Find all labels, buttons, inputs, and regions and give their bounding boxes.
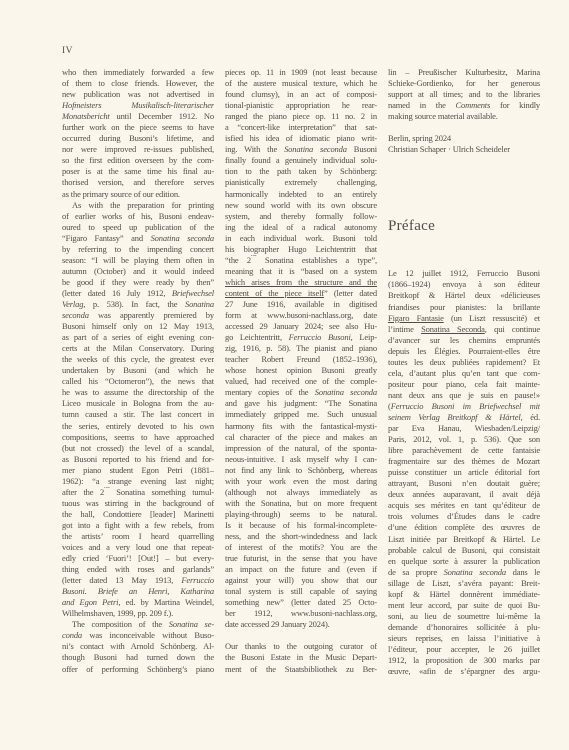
text-line: The composition of the Sonatina se- (62, 619, 214, 630)
text-line: conda was inconceivable without Buso- (62, 630, 214, 641)
text-line: depuis les Élégies. Pourraient-elles êtr… (388, 346, 540, 357)
text-line: œuvre, «afin de s’épargner des argu- (388, 666, 540, 677)
text-line: Schieke-Gordienko, for her generous (388, 78, 540, 89)
page-number: IV (62, 46, 73, 56)
text-line: Liszt initiée par Breitkopf & Härtel. Le (388, 534, 540, 545)
text-line: Hofmeisters Musikalisch-literarischer (62, 100, 214, 111)
text-column-right: lin – Preußischer Kulturbesitz, MarinaSc… (388, 67, 540, 677)
text-line: of earlier works of his, Busoni endeav- (62, 211, 214, 222)
text-line: (1866–1924) envoya à son éditeur (388, 279, 540, 290)
text-line: autumn (October) and it would indeed (62, 266, 214, 277)
text-line: and Egon Petri, ed. by Martina Weindel, (62, 597, 214, 608)
text-line: making source material available. (388, 111, 540, 122)
text-line: ment leur accord, par suite de quoi Bu- (388, 600, 540, 611)
text-line: offer of performing Schönberg’s piano (62, 664, 214, 675)
text-line: certs at the Milan Conservatory. During (62, 343, 214, 354)
text-line: As with the preparation for printing (62, 200, 214, 211)
text-column-left: who then immediately forwarded a fewof t… (62, 67, 214, 675)
text-line: cal character of the piece and makes an (225, 432, 377, 443)
text-line: who then immediately forwarded a few (62, 67, 214, 78)
text-line: (but not crossed) the level of a scandal… (62, 443, 214, 454)
text-line: pieces op. 11 in 1909 (not least because (225, 67, 377, 78)
text-line: named in the Comments for kindly (388, 100, 540, 111)
text-line: voices and a very loud one that repeat- (62, 542, 214, 553)
text-line: 1912, la proposition de 300 marks par (388, 655, 540, 666)
text-line: (letter dated 13 May 1913, Ferruccio (62, 575, 214, 586)
text-line: 27 June 1916, available in digitised (225, 299, 377, 310)
text-line: he was to assume the directorship of the (62, 387, 214, 398)
text-line: tional-pianistic appropriation he rear- (225, 100, 377, 111)
text-line: ranged the piano piece op. 11 no. 2 in (225, 111, 377, 122)
text-line: (letter dated 16 July 1912, Briefwechsel (62, 288, 214, 299)
preface-heading: Préface (388, 217, 540, 235)
text-line: fragmentaire sur des thèmes de Mozart (388, 456, 540, 467)
text-line: the artists’ room I heard quarrelling (62, 531, 214, 542)
text-line: (although not always immediately as (225, 487, 377, 498)
text-line: libre parachèvement de cette fantaisie (388, 445, 540, 456)
text-line: as part of a series of eight evening con… (62, 332, 214, 343)
text-line: whose honest opinion Busoni greatly (225, 365, 377, 376)
text-line: so the first edition overseen by the com… (62, 155, 214, 166)
text-line: undertaken by Busoni (and which he (62, 365, 214, 376)
text-line: “Figaro Fantasy” and Sonatina seconda (62, 233, 214, 244)
text-line: soni, au lieu de soumettre lui-même la (388, 611, 540, 622)
text-line: got into a fight with a few rebels, from (62, 520, 214, 531)
text-line: the series, entirely devoted to his own (62, 421, 214, 432)
text-line: Is it because of his formal-incomplete- (225, 520, 377, 531)
text-line: harmony fits with the fantastical-mysti- (225, 421, 377, 432)
text-line: toutes les deux publiées rapidement? Et (388, 357, 540, 368)
text-line: Christian Schaper · Ulrich Scheideler (388, 144, 540, 155)
text-line: immediately gripped me. Such unusual (225, 409, 377, 420)
text-line: the hall, Condottiere [leader] Marinetti (62, 509, 214, 520)
text-line: with the Sonatina, but on more frequent (225, 498, 377, 509)
text-line: Verlag, p. 538). In fact, the Sonatina (62, 299, 214, 310)
text-column-middle: pieces op. 11 in 1909 (not least because… (225, 67, 377, 675)
text-line: system, and thereby formally follow- (225, 211, 377, 222)
text-line: lin – Preußischer Kulturbesitz, Marina (388, 67, 540, 78)
text-line: date accessed 29 January 2024). (225, 619, 377, 630)
text-line: thing ended with roses and garlands” (62, 564, 214, 575)
text-line: ness, and the short-windedness and lack (225, 531, 377, 542)
text-line: after the 2nd Sonatina something tumul- (62, 487, 214, 498)
text-line: attrayant, Busoni n’en doutait guère; (388, 478, 540, 489)
text-line: seconda was apparently premiered by (62, 310, 214, 321)
blank-line (225, 630, 377, 641)
text-line: friandises pour pianistes: la brillante (388, 302, 540, 313)
text-line: content of the piece itself” (letter dat… (225, 288, 377, 299)
text-line: tumn caused a stir. The last concert in (62, 409, 214, 420)
text-line: tonal system is still capable of saying (225, 586, 377, 597)
text-line: mer piano student Egon Petri (1881– (62, 465, 214, 476)
text-line: go Leichtentritt, Ferruccio Busoni, Leip… (225, 332, 377, 343)
text-line: l’intime Sonatina Seconda, qui continue (388, 324, 540, 335)
text-line: ber 1912, www.busoni-nachlass.org, (225, 608, 377, 619)
text-line: and gave his judgment: “The Sonatina (225, 398, 377, 409)
text-line: nant deux ans que je suis en pause!» (388, 390, 540, 401)
text-line: the weeks of this cycle, the greatest ev… (62, 354, 214, 365)
text-line: by referring to the impending concert (62, 244, 214, 255)
text-line: of the austere musical texture, which he (225, 78, 377, 89)
text-line: sieurs reprises, en laissa l’initiative … (388, 633, 540, 644)
text-line: be good if they were ready by then” (62, 277, 214, 288)
text-line: found clumsy), in an act of composi- (225, 89, 377, 100)
text-line: a “concert-like interpretation” that sat… (225, 122, 377, 133)
french-preface-block: Le 12 juillet 1912, Ferruccio Busoni(186… (388, 268, 540, 677)
text-line: accessed 29 January 2024; see also Hu- (225, 321, 377, 332)
text-line: against your will) you show that our (225, 575, 377, 586)
text-line: deux années auparavant, il avait déjà (388, 489, 540, 500)
text-line: Busoni. Briefe an Henri, Katharina (62, 586, 214, 597)
text-line: d’une édition complète des œuvres de (388, 522, 540, 533)
text-line: of them to close friends. However, the (62, 78, 214, 89)
text-line: poser is at the same time his final au- (62, 166, 214, 177)
text-line: 1962): “a strange evening last night; (62, 476, 214, 487)
text-line: new sound world with its own obscure (225, 200, 377, 211)
text-line: acquis ses mérites en tant qu’éditeur de (388, 500, 540, 511)
text-line: not find any link to Schönberg, whereas (225, 465, 377, 476)
text-line: Figaro Fantasie (un Liszt ressuscité) et (388, 313, 540, 324)
text-line: sillage de Liszt, s’avéra payant: Breit- (388, 578, 540, 589)
text-line: thorised version, and therefore serves (62, 177, 214, 188)
text-line: teacher Robert Freund (1852–1936), (225, 354, 377, 365)
text-line: cela, d’autant plus qu’en tant que com- (388, 368, 540, 379)
text-line: ing. With the Sonatina seconda Busoni (225, 144, 377, 155)
text-line: Le 12 juillet 1912, Ferruccio Busoni (388, 268, 540, 279)
text-line: the Busoni Estate in the Music Depart- (225, 652, 377, 663)
text-line: compositions, seems to have approached (62, 432, 214, 443)
text-line: nor were improved re-issues published, (62, 144, 214, 155)
text-line: form at www.busoni-nachlass.org, date (225, 310, 377, 321)
text-line: d’avancer sur les chemins empruntés (388, 335, 540, 346)
text-line: ment of the Staatsbibliothek zu Ber- (225, 664, 377, 675)
text-line: harmonically indebted to an entirely (225, 189, 377, 200)
text-line: of interest of the motifs? You are the (225, 542, 377, 553)
english-closing-block: lin – Preußischer Kulturbesitz, MarinaSc… (388, 67, 540, 155)
text-line: further work on the piece seems to have (62, 122, 214, 133)
text-line: l’éditeur, pour accepter, le 26 juillet (388, 644, 540, 655)
text-line: zig, 1916, p. 58). The pianist and piano (225, 343, 377, 354)
text-line: par Eva Hanau, Wiesbaden/Leipzig/ (388, 423, 540, 434)
text-line: mentary copies of the Sonatina seconda (225, 387, 377, 398)
text-line: tuous was stirring in the background of (62, 498, 214, 509)
text-line: playing-through) seems to be natural. (225, 509, 377, 520)
text-line: finally found a genuinely individual sol… (225, 155, 377, 166)
text-line: kopf & Härtel donnèrent immédiate- (388, 589, 540, 600)
text-line: probable calcul de Busoni, qui consistai… (388, 545, 540, 556)
text-line: neous-intuitive. I ask myself why I can- (225, 454, 377, 465)
text-line: impression of the natural, of the sponta… (225, 443, 377, 454)
text-line: with your work even the most daring (225, 476, 377, 487)
text-line: pianistically extremely challenging, (225, 177, 377, 188)
text-line: positeur pour piano, cela fait mainte- (388, 379, 540, 390)
text-line: isfied his idea of idiomatic piano writ- (225, 133, 377, 144)
text-line: though Busoni had turned down the (62, 652, 214, 663)
text-line: seinem Verlag Breitkopf & Härtel, éd. (388, 412, 540, 423)
text-line: true futurist, in the sense that you hav… (225, 553, 377, 564)
text-line: as Busoni reported to his friend and for… (62, 454, 214, 465)
text-line: which arises from the structure and the (225, 277, 377, 288)
text-line: called his “Octomeron”), the news that (62, 376, 214, 387)
text-line: edly cried ‘Fuori’! [Out!] – but every- (62, 553, 214, 564)
text-line: puisse constituer un article éditorial f… (388, 467, 540, 478)
text-line: Paris, 2012, vol. 1, p. 536). Que son (388, 434, 540, 445)
text-line: as the primary source of our edition. (62, 189, 214, 200)
text-line: new publication was not advertised in (62, 89, 214, 100)
text-line: ni’s contact with Arnold Schönberg. Al- (62, 641, 214, 652)
text-line: demande d’honoraires sollicitée à plu- (388, 622, 540, 633)
text-line: de sa propre Sonatina seconda dans le (388, 567, 540, 578)
text-line: occurred during Busoni’s lifetime, and (62, 133, 214, 144)
text-line: something new” (letter dated 25 Octo- (225, 597, 377, 608)
text-line: ing the ideal of a radical autonomy (225, 222, 377, 233)
text-line: support at all times; and to the librari… (388, 89, 540, 100)
text-line: (Ferruccio Busoni im Briefwechsel mit (388, 401, 540, 412)
text-line: “the 2nd Sonatina establishes a type”, (225, 255, 377, 266)
text-line: Wilhelmshaven, 1999, pp. 209 f.). (62, 608, 214, 619)
text-line: Our thanks to the outgoing curator of (225, 641, 377, 652)
text-line: Breitkopf & Härtel deux «délicieuses (388, 290, 540, 301)
text-line: oured to speed up publication of the (62, 222, 214, 233)
text-line: his biographer Hugo Leichtentritt that (225, 244, 377, 255)
text-line: trois volumes d’Études dans le cadre (388, 511, 540, 522)
text-line: Berlin, spring 2024 (388, 133, 540, 144)
text-line: an impact on the future and (even if (225, 564, 377, 575)
blank-line (388, 122, 540, 133)
text-line: en quelque sorte à assurer la publicatio… (388, 556, 540, 567)
text-line: meaning that it is “based on a system (225, 266, 377, 277)
text-line: season: “I will be playing them often in (62, 255, 214, 266)
preface-document-page: IV who then immediately forwarded a fewo… (0, 0, 569, 750)
text-line: in each individual work. Busoni told (225, 233, 377, 244)
text-line: tion to the path taken by Schönberg: (225, 166, 377, 177)
text-line: Liceo musicale in Bologna from the au- (62, 398, 214, 409)
text-line: valued, had received one of the comple- (225, 376, 377, 387)
text-line: Busoni himself only on 12 May 1913, (62, 321, 214, 332)
text-line: Monatsbericht until December 1912. No (62, 111, 214, 122)
